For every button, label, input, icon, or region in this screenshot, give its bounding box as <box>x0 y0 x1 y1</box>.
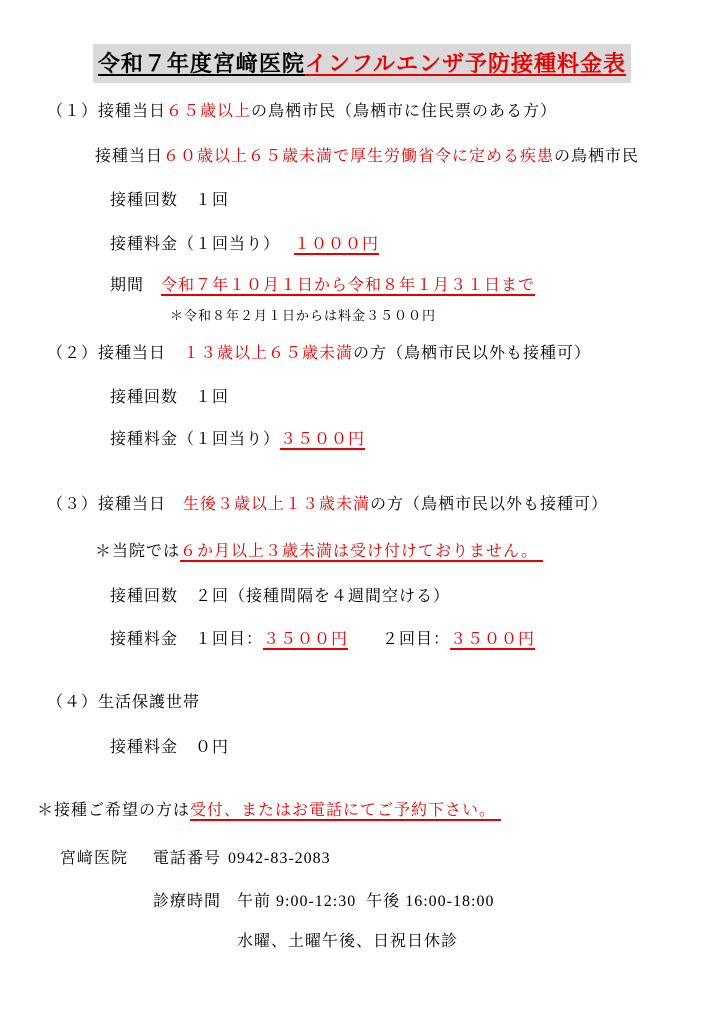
section1-heading-pre: （１）接種当日 <box>47 103 166 120</box>
title-highlight: 令和７年度宮﨑医院インフルエンザ予防接種料金表 <box>93 44 631 83</box>
section1-subheading-condition: ６０歳以上６５歳未満で厚生労働省令に定める疾患 <box>163 148 554 165</box>
title-red-text: インフルエンザ予防接種料金表 <box>305 51 626 76</box>
section3-heading-post: の方（鳥栖市民以外も接種可） <box>370 496 608 513</box>
section2-heading-pre: （２）接種当日 <box>47 345 183 362</box>
phone-number: 0942-83-2083 <box>228 849 331 869</box>
section1-heading-post: の鳥栖市民（鳥栖市に住民票のある方） <box>251 103 557 120</box>
section2-fee-value: ３５００円 <box>280 431 365 448</box>
phone-label: 電話番号 <box>153 849 221 869</box>
section1-period: 期間 令和７年１０月１日から令和８年１月３１日まで <box>110 276 535 296</box>
title-black-text: 令和７年度宮﨑医院 <box>98 51 305 76</box>
section2-fee: 接種料金（１回当り）３５００円 <box>110 430 365 450</box>
reservation-note-instruction: 受付、またはお電話にてご予約下さい。 <box>190 802 501 819</box>
section1-fee-value: １０００円 <box>294 236 379 253</box>
section3-fee: 接種料金 １回目：３５００円 ２回目：３５００円 <box>110 630 535 650</box>
section3-fee-second: ３５００円 <box>450 631 535 648</box>
section3-fee-mid: ２回目： <box>348 631 450 648</box>
section2-heading: （２）接種当日 １３歳以上６５歳未満の方（鳥栖市民以外も接種可） <box>47 344 591 364</box>
section1-subheading-pre: 接種当日 <box>95 148 163 165</box>
section1-heading: （１）接種当日６５歳以上の鳥栖市民（鳥栖市に住民票のある方） <box>47 102 557 122</box>
section3-heading-age: 生後３歳以上１３歳未満 <box>183 496 370 513</box>
section1-period-value: 令和７年１０月１日から令和８年１月３１日まで <box>161 277 535 294</box>
section1-period-label: 期間 <box>110 277 161 294</box>
section2-heading-age: １３歳以上６５歳未満 <box>183 345 353 362</box>
section3-note-restriction: ６か月以上３歳未満は受け付けておりません。 <box>180 543 543 560</box>
section1-heading-age: ６５歳以上 <box>166 103 251 120</box>
hours-value: 午前 9:00-12:30 午後 16:00-18:00 <box>237 892 494 912</box>
document-page: 令和７年度宮﨑医院インフルエンザ予防接種料金表 （１）接種当日６５歳以上の鳥栖市… <box>0 0 724 1024</box>
section3-heading: （３）接種当日 生後３歳以上１３歳未満の方（鳥栖市民以外も接種可） <box>47 495 608 515</box>
section1-subheading: 接種当日６０歳以上６５歳未満で厚生労働省令に定める疾患の鳥栖市民 <box>95 147 639 167</box>
section3-note: ＊当院では６か月以上３歳未満は受け付けておりません。 <box>95 542 543 562</box>
section4-fee: 接種料金 ０円 <box>110 738 229 758</box>
section3-note-pre: ＊当院では <box>95 543 180 560</box>
clinic-name: 宮﨑医院 <box>60 849 128 869</box>
reservation-note-pre: ＊接種ご希望の方は <box>37 802 190 819</box>
section2-fee-label: 接種料金（１回当り） <box>110 431 280 448</box>
closed-days: 水曜、土曜午後、日祝日休診 <box>237 932 458 952</box>
section3-heading-pre: （３）接種当日 <box>47 496 183 513</box>
section2-count: 接種回数 １回 <box>110 388 229 408</box>
section2-heading-post: の方（鳥栖市民以外も接種可） <box>353 345 591 362</box>
section1-subheading-post: の鳥栖市民 <box>554 148 639 165</box>
section1-fee-label: 接種料金（１回当り） <box>110 236 294 253</box>
reservation-note: ＊接種ご希望の方は受付、またはお電話にてご予約下さい。 <box>37 801 501 821</box>
section4-heading: （４）生活保護世帯 <box>47 693 200 713</box>
section1-note: ＊令和８年２月１日からは料金３５００円 <box>170 308 436 324</box>
section3-fee-first: ３５００円 <box>263 631 348 648</box>
section3-fee-label: 接種料金 １回目： <box>110 631 263 648</box>
section3-count: 接種回数 ２回（接種間隔を４週間空ける） <box>110 587 450 607</box>
section1-fee: 接種料金（１回当り） １０００円 <box>110 235 379 255</box>
document-title: 令和７年度宮﨑医院インフルエンザ予防接種料金表 <box>0 44 724 83</box>
section1-count: 接種回数 １回 <box>110 191 229 211</box>
hours-label: 診療時間 <box>153 892 221 912</box>
